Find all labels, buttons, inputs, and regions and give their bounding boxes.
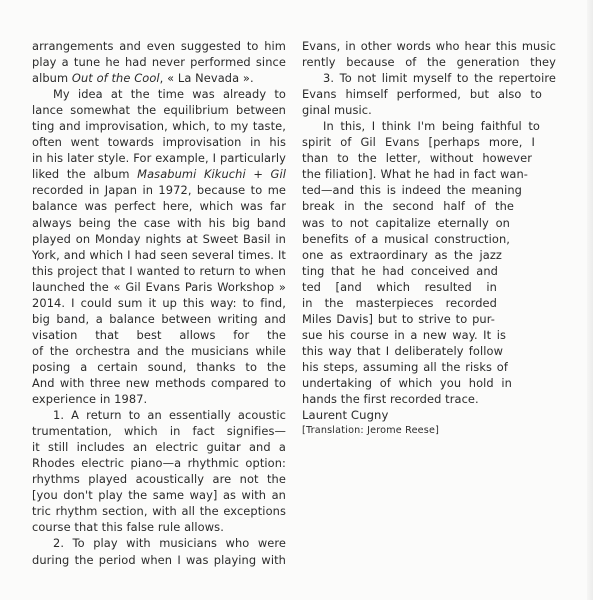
text-line: benefits of a musical construction, even [302,231,510,247]
text-line: often went towards improvisation in his … [32,134,286,150]
italic-title: Out of the Cool [72,71,160,85]
text-line: in his later style. For example, I parti… [32,150,286,166]
text-line: And with three new methods compared to t… [32,375,286,391]
translation-credit: [Translation: Jerome Reese] [302,423,562,439]
text-line: big band, a balance between writing and … [32,311,286,327]
text-line: ting and improvisation, which, to my tas… [32,118,286,134]
text-line: the filiation]. What he had in fact wan- [302,166,528,182]
text-line: undertaking of which you hold in your [302,375,512,391]
text-line: 3. To not limit myself to the repertoire… [302,70,556,86]
text-line: album Out of the Cool, « La Nevada ». [32,70,286,86]
text-line: Evans, in other words who hear this musi… [302,38,556,54]
text-line: lance somewhat the equilibrium between w… [32,102,286,118]
text-line: ginal music. [302,102,542,118]
page-edge-shadow [587,0,593,600]
text-line: sue his course in a new way. It is in [302,327,506,343]
text-line: it still includes an electric guitar and… [32,439,286,455]
text-line: balance was perfect here, which was far … [32,198,286,214]
text-line: experience in 1987. [32,391,286,407]
text-line: ted [and which resulted in particular [302,279,497,295]
text-line: trumentation, which in fact signifies—be… [32,423,286,439]
text-line: 1. A return to an essentially acoustic i… [32,407,286,423]
text-fragment: , « La Nevada ». [160,71,254,85]
text-line: My idea at the time was already to reba- [32,86,286,102]
text-line: one as extraordinary as the jazz wri- [302,247,502,263]
text-line: always being the case with his big band … [32,215,286,231]
text-line: than to the letter, without however deny… [302,150,532,166]
text-line: posing a certain sound, thanks to the wr… [32,359,286,375]
text-line: In this, I think I'm being faithful to t… [302,118,540,134]
text-line: spirit of Gil Evans [perhaps more, I hop… [302,134,535,150]
text-line: rently because of the generation they be… [302,54,556,70]
text-line: course that this false rule allows. [32,519,286,535]
text-line: 2. To play with musicians who were born [32,535,286,551]
text-line: ting that he had conceived and crea- [302,263,498,279]
text-line: arrangements and even suggested to him t… [32,38,286,54]
author-signature: Laurent Cugny [302,407,562,423]
text-line: rhythms played acoustically are not the … [32,471,286,487]
text-line: Evans himself performed, but also to pla… [302,86,542,102]
text-line: ted—and this is indeed the meaning of hi… [302,182,522,198]
text-line: of the orchestra and the musicians while… [32,343,286,359]
text-line: launched the « Gil Evans Paris Workshop … [32,279,286,295]
text-line: hands the first recorded trace. [302,391,512,407]
left-text-column: arrangements and even suggested to him t… [32,38,286,568]
text-fragment: liked the album [32,167,137,181]
text-line: liked the album Masabumi Kikuchi + Gil E… [32,166,286,182]
text-line: during the period when I was playing wit… [32,552,286,568]
text-line: played on Monday nights at Sweet Basil i… [32,231,286,247]
text-line: break in the second half of the 1960s— [302,198,514,214]
text-line: this project that I wanted to return to … [32,263,286,279]
text-line: this way that I deliberately follow in [302,343,503,359]
text-line: in the masterpieces recorded with [302,295,497,311]
text-line: 2014. I could sum it up this way: to fin… [32,295,286,311]
text-line: recorded in Japan in 1972, because to me… [32,182,286,198]
text-line: tric rhythm section, with all the except… [32,503,286,519]
text-fragment: album [32,71,72,85]
text-line: play a tune he had never performed since… [32,54,286,70]
text-line: Rhodes electric piano—a rhythmic option:… [32,455,286,471]
text-line: was to not capitalize eternally on the [302,215,510,231]
right-text-column: Evans, in other words who hear this musi… [302,38,562,439]
text-line: his steps, assuming all the risks of an [302,359,508,375]
text-line: Miles Davis] but to strive to pur- [302,311,495,327]
text-line: visation that best allows for the potent… [32,327,286,343]
text-line: York, and which I had seen several times… [32,247,286,263]
text-line: [you don't play the same way] as with an… [32,487,286,503]
